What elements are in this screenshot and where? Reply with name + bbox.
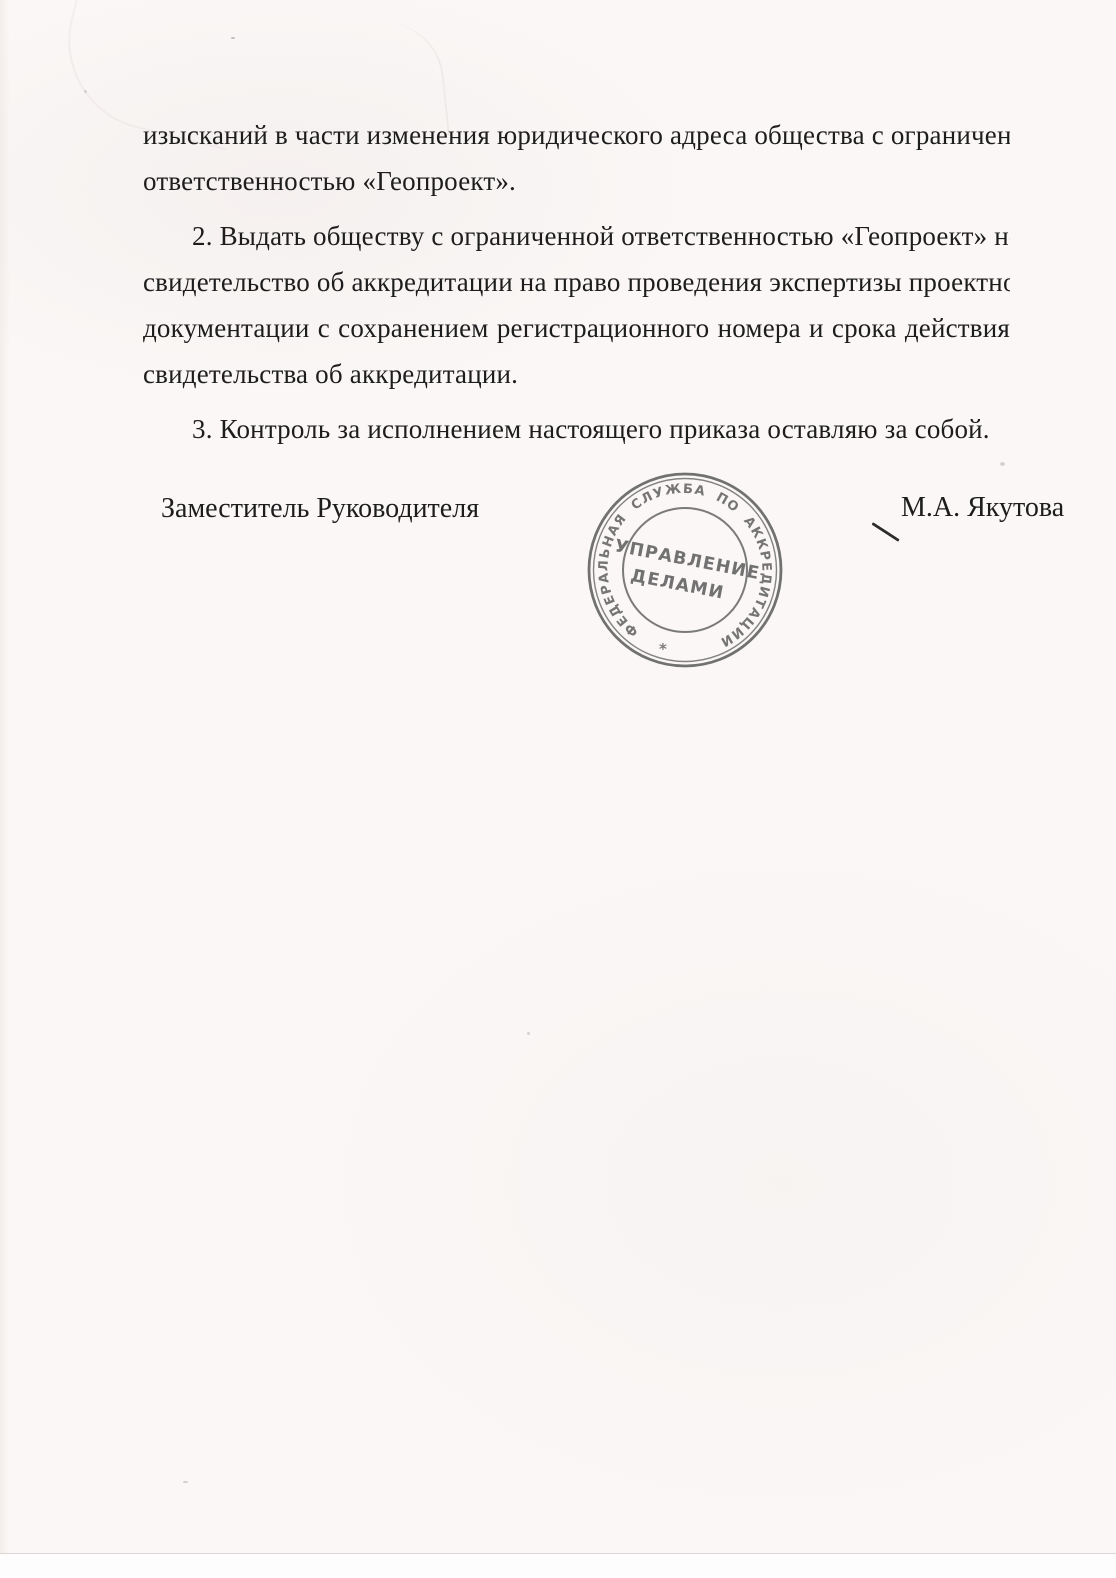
text-line: свидетельство об аккредитации на право п…: [143, 259, 1010, 305]
paragraph: изысканий в части изменения юридического…: [143, 112, 1010, 204]
scan-speck: [183, 1481, 188, 1483]
scanned-document-page: изысканий в части изменения юридического…: [0, 0, 1116, 1578]
document-body: изысканий в части изменения юридического…: [143, 112, 1010, 452]
text-line: 2. Выдать обществу с ограниченной ответс…: [143, 213, 1010, 259]
scan-speck: [1000, 462, 1005, 466]
signature-pen-stroke: [871, 522, 899, 542]
text-line: изысканий в части изменения юридического…: [143, 112, 1010, 158]
scan-bottom-edge: [0, 1553, 1116, 1578]
text-line: свидетельства об аккредитации.: [143, 351, 1010, 397]
text-line: 3. Контроль за исполнением настоящего пр…: [143, 406, 1010, 452]
paragraph: 2. Выдать обществу с ограниченной ответс…: [143, 213, 1010, 397]
scan-speck: [84, 90, 87, 93]
text-line: документации с сохранением регистрационн…: [143, 305, 1010, 351]
scan-speck: [527, 1032, 530, 1035]
official-round-stamp: ФЕДЕРАЛЬНАЯ СЛУЖБА ПО АККРЕДИТАЦИИ * УПР…: [585, 470, 785, 670]
stamp-star-separator: *: [659, 640, 667, 658]
signatory-position-title: Заместитель Руководителя: [161, 492, 479, 526]
signatory-name: М.А. Якутова: [901, 491, 1064, 525]
paragraph: 3. Контроль за исполнением настоящего пр…: [143, 406, 1010, 452]
scan-speck: [231, 37, 235, 39]
text-line: ответственностью «Геопроект».: [143, 158, 1010, 204]
